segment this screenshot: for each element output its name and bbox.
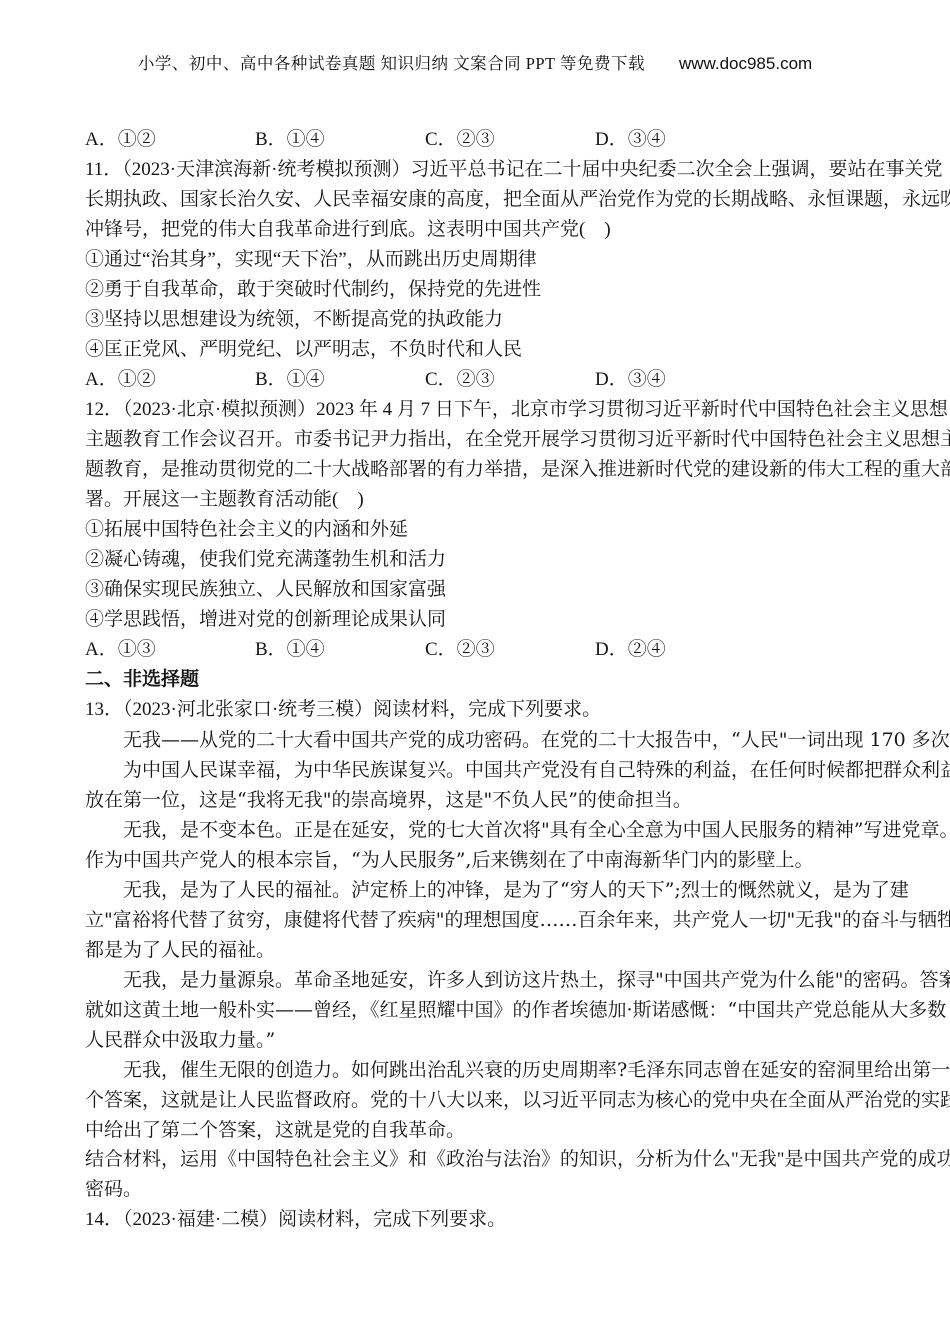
question-14-stem: 14．（2023·福建·二模）阅读材料，完成下列要求。 xyxy=(85,1205,890,1235)
exam-document-page: 小学、初中、高中各种试卷真题 知识归纳 文案合同 PPT 等免费下载www.do… xyxy=(0,0,950,1344)
choice-b: B．①④ xyxy=(255,365,425,395)
document-content: A．①②B．①④C．②③D．③④ 11．（2023·天津滨海新·统考模拟预测）习… xyxy=(85,125,890,1235)
answer-row-q10: A．①②B．①④C．②③D．③④ xyxy=(85,125,890,155)
question-12-option-2: ②凝心铸魂，使我们党充满蓬勃生机和活力 xyxy=(85,545,890,575)
question-11-line: 冲锋号，把党的伟大自我革命进行到底。这表明中国共产党( ) xyxy=(85,215,890,245)
page-header: 小学、初中、高中各种试卷真题 知识归纳 文案合同 PPT 等免费下载www.do… xyxy=(0,0,950,76)
material-line: 无我——从党的二十大看中国共产党的成功密码。在党的二十大报告中，“人民"一词出现… xyxy=(85,725,890,755)
material-line: 中给出了第二个答案，这就是党的自我革命。 xyxy=(85,1115,890,1145)
question-13-requirement: 结合材料，运用《中国特色社会主义》和《政治与法治》的知识，分析为什么"无我"是中… xyxy=(85,1145,890,1175)
section-heading-non-choice: 二、非选择题 xyxy=(85,665,890,695)
question-11-option-1: ①通过“治其身”，实现“天下治”，从而跳出历史周期律 xyxy=(85,245,890,275)
question-12-line: 题教育，是推动贯彻党的二十大战略部署的有力举措，是深入推进新时代党的建设新的伟大… xyxy=(85,455,890,485)
site-link[interactable]: www.doc985.com xyxy=(679,54,812,73)
question-13-stem: 13．（2023·河北张家口·统考三模）阅读材料，完成下列要求。 xyxy=(85,695,890,725)
question-12-line: 主题教育工作会议召开。市委书记尹力指出，在全党开展学习贯彻习近平新时代中国特色社… xyxy=(85,425,890,455)
choice-a: A．①② xyxy=(85,125,255,155)
choice-d: D．③④ xyxy=(595,125,666,155)
question-12-option-4: ④学思践悟，增进对党的创新理论成果认同 xyxy=(85,605,890,635)
question-11-line: 长期执政、国家长治久安、人民幸福安康的高度，把全面从严治党作为党的长期战略、永恒… xyxy=(85,185,890,215)
choice-c: C．②③ xyxy=(425,365,595,395)
material-line: 人民群众中汲取力量。” xyxy=(85,1025,890,1055)
question-11-line: 11．（2023·天津滨海新·统考模拟预测）习近平总书记在二十届中央纪委二次全会… xyxy=(85,155,890,185)
question-11-option-4: ④匡正党风、严明党纪、以严明志，不负时代和人民 xyxy=(85,335,890,365)
question-13-requirement: 密码。 xyxy=(85,1175,890,1205)
choice-c: C．②③ xyxy=(425,635,595,665)
question-12-option-1: ①拓展中国特色社会主义的内涵和外延 xyxy=(85,515,890,545)
choice-d: D．③④ xyxy=(595,365,666,395)
choice-a: A．①③ xyxy=(85,635,255,665)
material-line: 无我，是不变本色。正是在延安，党的七大首次将"具有全心全意为中国人民服务的精神”… xyxy=(85,815,890,845)
choice-b: B．①④ xyxy=(255,635,425,665)
choice-c: C．②③ xyxy=(425,125,595,155)
answer-row-q11: A．①②B．①④C．②③D．③④ xyxy=(85,365,890,395)
material-line: 立"富裕将代替了贫穷，康健将代替了疾病"的理想国度……百余年来，共产党人一切"无… xyxy=(85,905,890,935)
material-line: 无我，是力量源泉。革命圣地延安，许多人到访这片热土，探寻"中国共产党为什么能"的… xyxy=(85,965,890,995)
question-11-option-3: ③坚持以思想建设为统领，不断提高党的执政能力 xyxy=(85,305,890,335)
material-line: 个答案，这就是让人民监督政府。党的十八大以来，以习近平同志为核心的党中央在全面从… xyxy=(85,1085,890,1115)
question-12-option-3: ③确保实现民族独立、人民解放和国家富强 xyxy=(85,575,890,605)
question-11-option-2: ②勇于自我革命，敢于突破时代制约，保持党的先进性 xyxy=(85,275,890,305)
material-line: 放在第一位，这是“我将无我"的崇高境界，这是"不负人民”的使命担当。 xyxy=(85,785,890,815)
material-line: 无我，催生无限的创造力。如何跳出治乱兴衰的历史周期率?毛泽东同志曾在延安的窑洞里… xyxy=(85,1055,890,1085)
choice-d: D．②④ xyxy=(595,635,666,665)
choice-a: A．①② xyxy=(85,365,255,395)
material-line: 无我，是为了人民的福祉。泸定桥上的冲锋，是为了“穷人的天下”;烈士的慨然就义，是… xyxy=(85,875,890,905)
material-line: 作为中国共产党人的根本宗旨，“为人民服务”,后来镌刻在了中南海新华门内的影壁上。 xyxy=(85,845,890,875)
question-12-line: 12．（2023·北京·模拟预测）2023 年 4 月 7 日下午，北京市学习贯… xyxy=(85,395,890,425)
header-tagline: 小学、初中、高中各种试卷真题 知识归纳 文案合同 PPT 等免费下载 xyxy=(138,54,645,73)
material-line: 就如这黄土地一般朴实——曾经，《红星照耀中国》的作者埃德加·斯诺感慨：“中国共产… xyxy=(85,995,890,1025)
material-line: 为中国人民谋幸福，为中华民族谋复兴。中国共产党没有自己特殊的利益，在任何时候都把… xyxy=(85,755,890,785)
answer-row-q12: A．①③B．①④C．②③D．②④ xyxy=(85,635,890,665)
question-12-line: 署。开展这一主题教育活动能( ) xyxy=(85,485,890,515)
material-line: 都是为了人民的福祉。 xyxy=(85,935,890,965)
choice-b: B．①④ xyxy=(255,125,425,155)
